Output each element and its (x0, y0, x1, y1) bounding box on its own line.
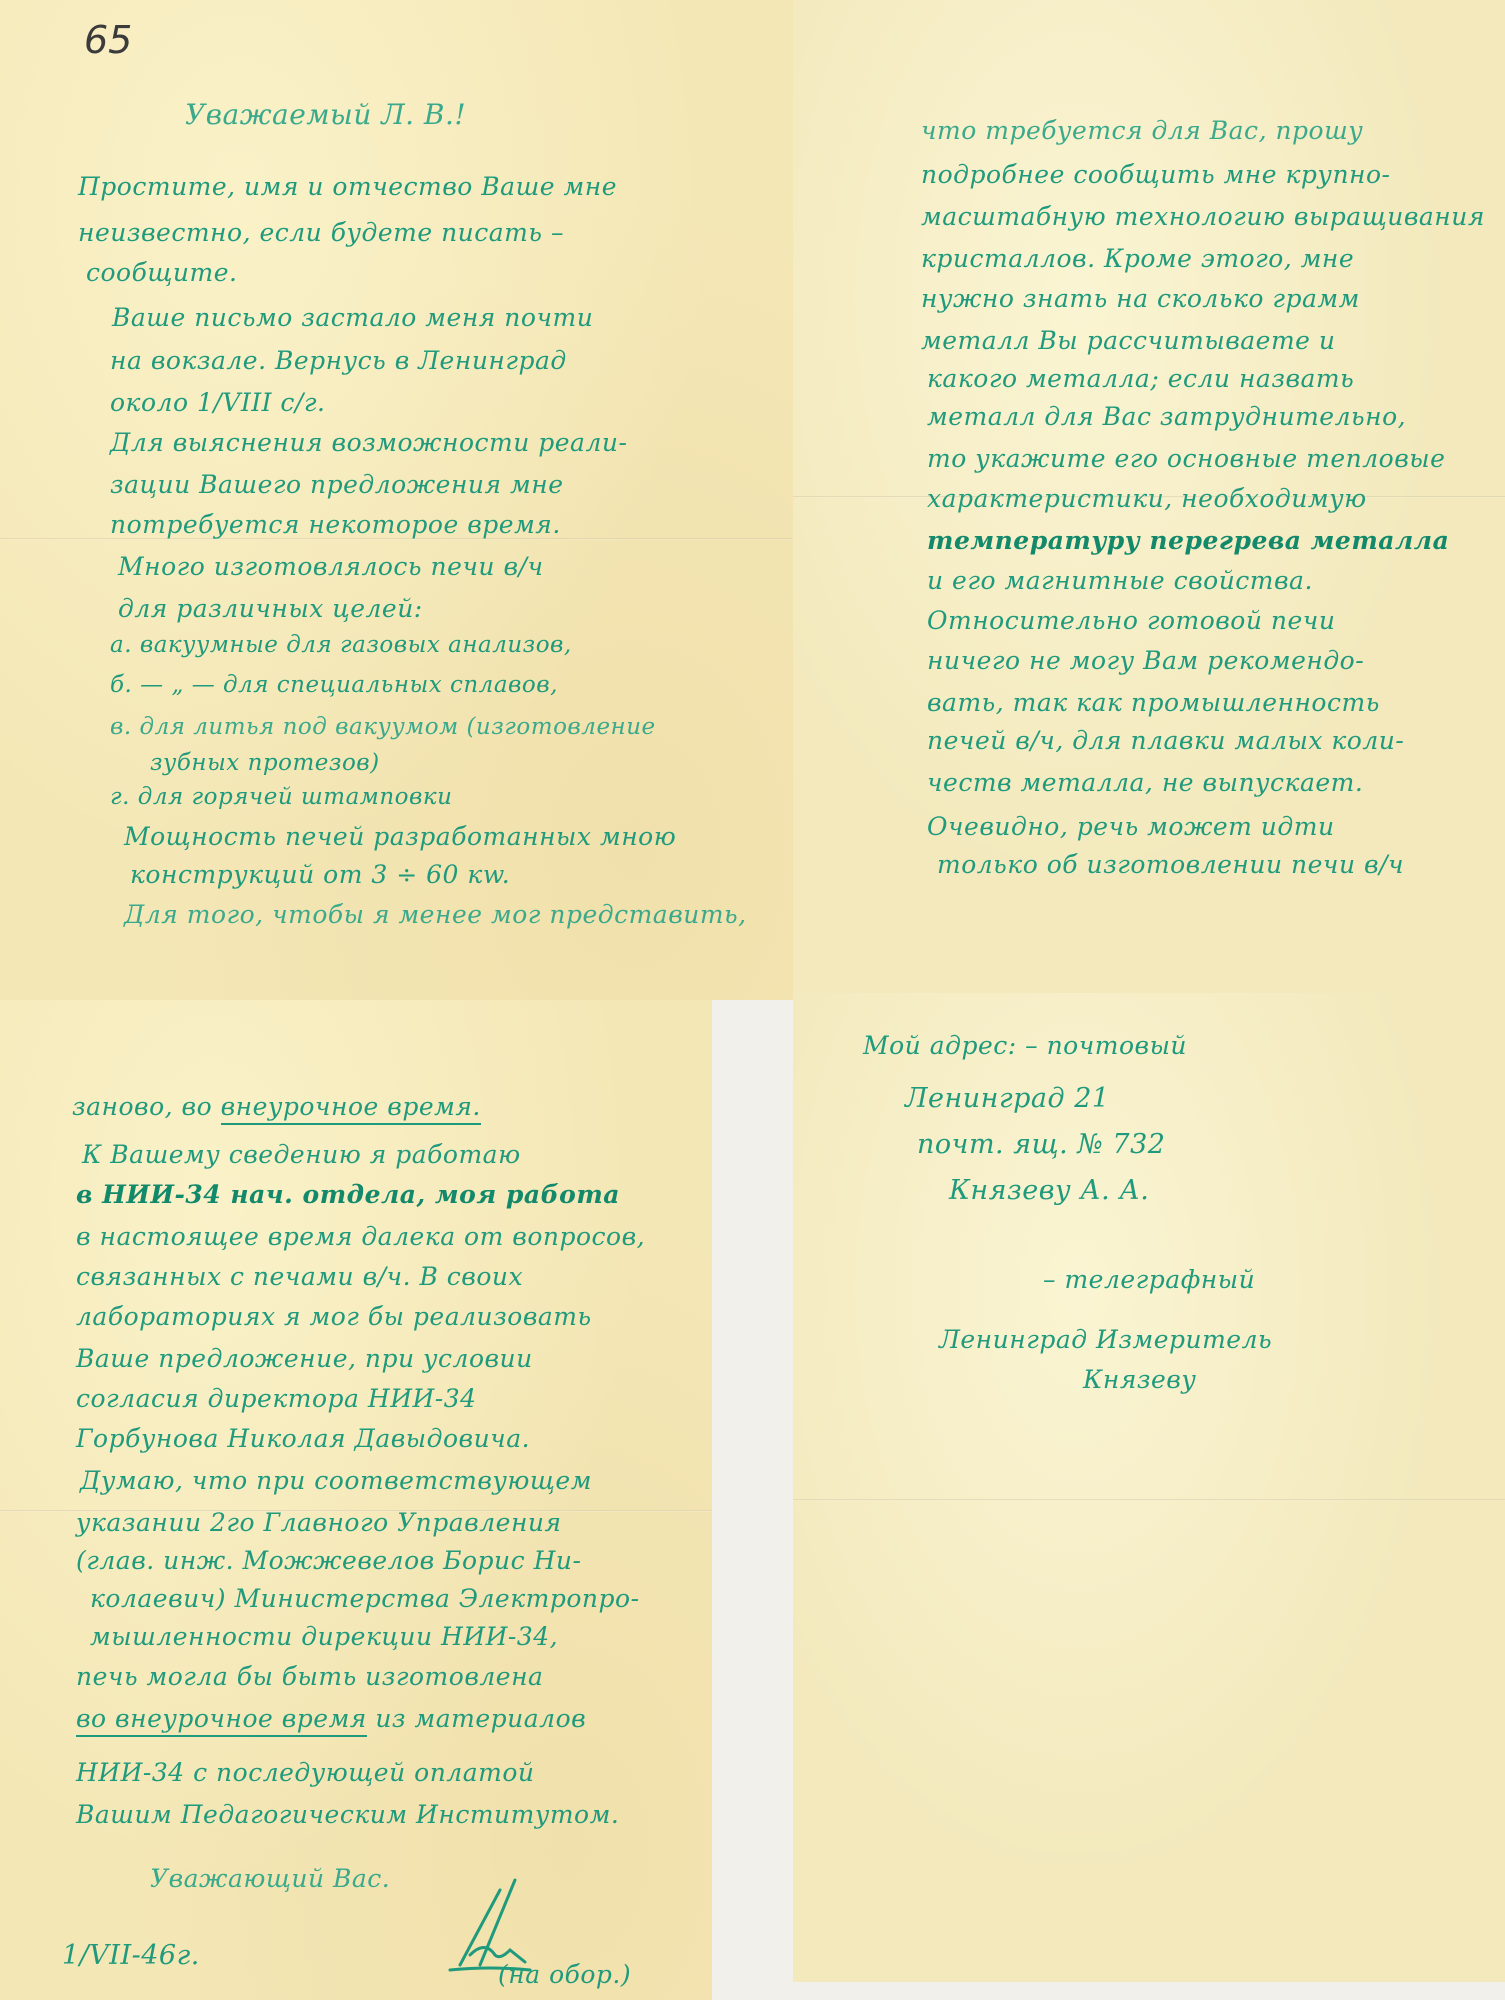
first-line-prefix: заново, во (72, 1092, 212, 1121)
letter-line: Мощность печей разработанных мною (124, 822, 676, 851)
letter-line: Очевидно, речь может идти (927, 812, 1335, 841)
letter-line: Ваше предложение, при условии (76, 1344, 533, 1373)
letter-line: что требуется для Вас, прошу (921, 116, 1363, 145)
list-item-c: в. для литья под вакуумом (изготовление (110, 714, 656, 740)
letter-line: мышленности дирекции НИИ-34, (90, 1622, 558, 1651)
salutation: Уважаемый Л. В.! (185, 98, 466, 131)
letter-line: Думаю, что при соответствующем (80, 1466, 592, 1495)
letter-line: характеристики, необходимую (927, 484, 1367, 513)
letter-line: указании 2го Главного Управления (76, 1508, 562, 1537)
underlined-phrase: во внеурочное время (76, 1704, 367, 1737)
letter-line: кристаллов. Кроме этого, мне (921, 244, 1354, 273)
letter-line: и его магнитные свойства. (927, 566, 1313, 595)
valediction: Уважающий Вас. (150, 1864, 390, 1893)
letter-line: металл Вы рассчитываете и (921, 326, 1336, 355)
letter-line: сообщите. (86, 258, 237, 287)
letter-line: вать, так как промышленность (927, 688, 1380, 717)
archive-page-number: 65 (84, 18, 132, 62)
letter-line: то укажите его основные тепловые (927, 444, 1445, 473)
list-item-d: г. для горячей штамповки (110, 784, 452, 810)
paper-fold (793, 1499, 1505, 1501)
letter-line: лабораториях я мог бы реализовать (76, 1302, 592, 1331)
letter-line: конструкций от 3 ÷ 60 кw. (130, 860, 510, 889)
letter-line: Ваше письмо застало меня почти (112, 303, 593, 332)
letter-line: зации Вашего предложения мне (110, 470, 564, 499)
letter-line: согласия директора НИИ-34 (76, 1384, 477, 1413)
letter-line: Много изготовлялось печи в/ч (118, 552, 544, 581)
letter-line-first: заново, во внеурочное время. (72, 1092, 481, 1121)
letter-line: неизвестно, если будете писать – (78, 218, 564, 247)
letter-date: 1/VII-46г. (62, 1940, 200, 1971)
letter-page-3: заново, во внеурочное время. К Вашему св… (0, 1000, 712, 2000)
letter-line: Вашим Педагогическим Институтом. (76, 1800, 619, 1829)
letter-line: (глав. инж. Можжевелов Борис Ни- (76, 1546, 581, 1575)
letter-line: Для того, чтобы я менее мог представить, (124, 900, 747, 929)
letter-line: честв металла, не выпускает. (927, 768, 1363, 797)
list-item-a: а. вакуумные для газовых анализов, (110, 632, 572, 658)
letter-page-4: Мой адрес: – почтовый Ленинград 21 почт.… (793, 993, 1505, 1982)
underlined-line-suffix: из материалов (375, 1704, 586, 1733)
letter-line: в НИИ-34 нач. отдела, моя работа (76, 1180, 620, 1209)
letter-line-underlined: во внеурочное время из материалов (76, 1704, 586, 1733)
signature-note: (на обор.) (498, 1960, 631, 1989)
telegraph-address-line: Ленинград Измеритель (939, 1325, 1272, 1354)
letter-line: Относительно готовой печи (927, 606, 1335, 635)
letter-line: НИИ-34 с последующей оплатой (76, 1758, 534, 1787)
underlined-phrase: внеурочное время. (221, 1092, 481, 1125)
letter-line: какого металла; если назвать (927, 364, 1354, 393)
letter-line: только об изготовлении печи в/ч (937, 850, 1404, 879)
letter-line: печей в/ч, для плавки малых коли- (927, 726, 1404, 755)
letter-line: печь могла бы быть изготовлена (76, 1662, 543, 1691)
telegraph-address-line: Князеву (1083, 1365, 1196, 1394)
telegraph-address-label: – телеграфный (1043, 1265, 1255, 1294)
list-item-c-cont: зубных протезов) (150, 750, 380, 776)
postal-address-label: Мой адрес: – почтовый (863, 1031, 1187, 1060)
letter-line: подробнее сообщить мне крупно- (921, 160, 1391, 189)
letter-line: К Вашему сведению я работаю (82, 1140, 521, 1169)
list-item-b: б. — „ — для специальных сплавов, (110, 672, 558, 698)
letter-line: в настоящее время далека от вопросов, (76, 1222, 645, 1251)
postal-address-line: Ленинград 21 (905, 1083, 1110, 1114)
letter-line: связанных с печами в/ч. В своих (76, 1262, 523, 1291)
letter-line: колаевич) Министерства Электропро- (90, 1584, 640, 1613)
letter-line: на вокзале. Вернусь в Ленинград (110, 346, 567, 375)
letter-line: около 1/VIII с/г. (110, 388, 325, 417)
letter-line: температуру перегрева металла (927, 526, 1449, 555)
letter-line: Простите, имя и отчество Ваше мне (78, 172, 617, 201)
letter-line: Для выяснения возможности реали- (110, 428, 627, 457)
postal-address-line: Князеву А. А. (949, 1175, 1149, 1206)
letter-line: металл для Вас затруднительно, (927, 402, 1406, 431)
letter-page-1: 65 Уважаемый Л. В.! Простите, имя и отче… (0, 0, 793, 1000)
letter-line: Горбунова Николая Давыдовича. (76, 1424, 530, 1453)
letter-line: масштабную технологию выращивания (921, 202, 1485, 231)
letter-line: ничего не могу Вам рекомендо- (927, 646, 1364, 675)
letter-line: нужно знать на сколько грамм (921, 284, 1360, 313)
postal-address-line: почт. ящ. № 732 (917, 1129, 1165, 1160)
letter-page-2: что требуется для Вас, прошу подробнее с… (793, 0, 1505, 993)
letter-line: для различных целей: (118, 594, 423, 623)
letter-line: потребуется некоторое время. (110, 510, 561, 539)
